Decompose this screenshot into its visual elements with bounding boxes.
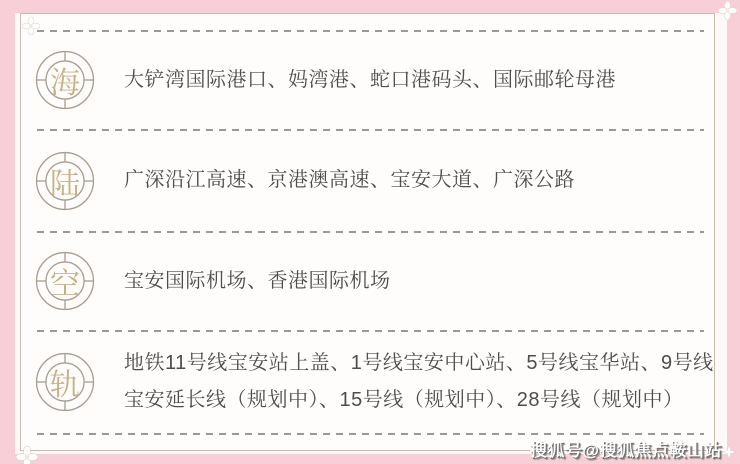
frame-band-right [727, 0, 740, 464]
sea-icon-label: 海 [34, 49, 96, 111]
flower-decoration-icon [718, 1, 737, 20]
air-compass-icon: 空 [34, 250, 96, 312]
sea-description-line: 大铲湾国际港口、妈湾港、蛇口港码头、国际邮轮母港 [124, 62, 616, 99]
sea-compass-icon: 海 [34, 49, 96, 111]
air-description-line: 宝安国际机场、香港国际机场 [124, 263, 391, 300]
rail-icon-label: 轨 [34, 351, 96, 413]
flower-decoration-icon [22, 17, 40, 35]
air-description: 宝安国际机场、香港国际机场 [124, 263, 391, 300]
rail-description-line-1: 地铁11号线宝安站上盖、1号线宝安中心站、5号线宝华站、9号线 [124, 345, 714, 382]
sparkle-icon [721, 444, 737, 460]
content-panel: 海 大铲湾国际港口、妈湾港、蛇口港码头、国际邮轮母港 [20, 13, 715, 451]
transport-row-sea: 海 大铲湾国际港口、妈湾港、蛇口港码头、国际邮轮母港 [21, 31, 714, 129]
transport-row-rail: 轨 地铁11号线宝安站上盖、1号线宝安中心站、5号线宝华站、9号线 宝安延长线（… [21, 331, 714, 433]
air-icon-label: 空 [34, 250, 96, 312]
transport-infographic: 海 大铲湾国际港口、妈湾港、蛇口港码头、国际邮轮母港 [0, 0, 740, 464]
sea-description: 大铲湾国际港口、妈湾港、蛇口港码头、国际邮轮母港 [124, 62, 616, 99]
land-description: 广深沿江高速、京港澳高速、宝安大道、广深公路 [124, 162, 575, 199]
land-compass-icon: 陆 [34, 150, 96, 212]
transport-row-land: 陆 广深沿江高速、京港澳高速、宝安大道、广深公路 [21, 130, 714, 231]
frame-band-left [0, 0, 15, 464]
rail-compass-icon: 轨 [34, 351, 96, 413]
transport-row-air: 空 宝安国际机场、香港国际机场 [21, 232, 714, 330]
frame-band-top [0, 0, 740, 13]
land-description-line: 广深沿江高速、京港澳高速、宝安大道、广深公路 [124, 162, 575, 199]
flower-decoration-icon [16, 446, 38, 464]
rail-description: 地铁11号线宝安站上盖、1号线宝安中心站、5号线宝华站、9号线 宝安延长线（规划… [124, 345, 714, 419]
dashed-divider [37, 433, 704, 435]
sohu-watermark: 搜狐号@搜狐焦点鞍山站 [530, 436, 722, 461]
land-icon-label: 陆 [34, 150, 96, 212]
rail-description-line-2: 宝安延长线（规划中）、15号线（规划中）、28号线（规划中） [124, 382, 714, 419]
